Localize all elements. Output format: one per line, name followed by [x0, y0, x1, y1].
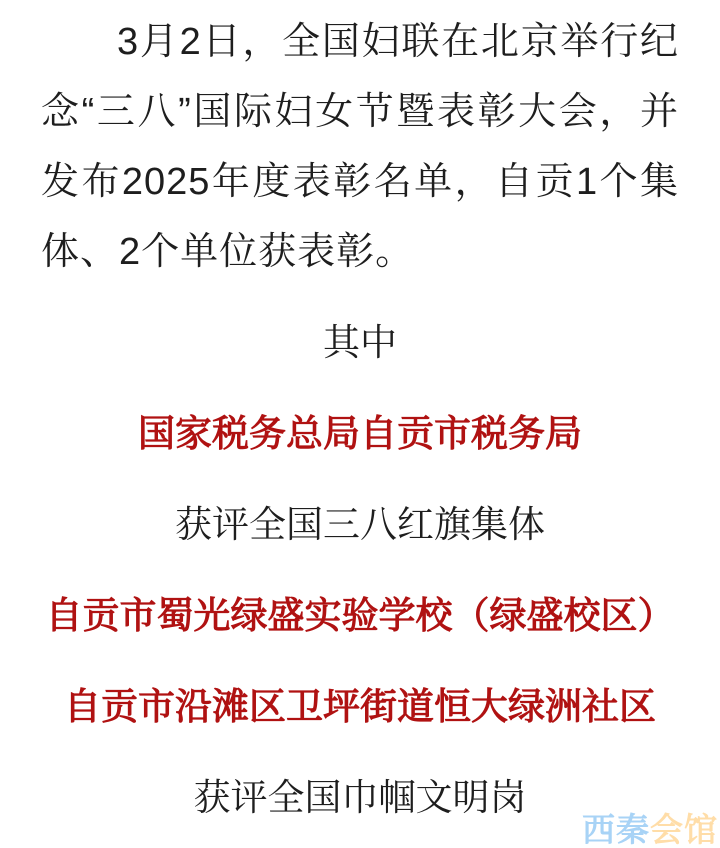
line-award-school: 自贡市蜀光绿盛实验学校（绿盛校区）	[41, 581, 679, 651]
watermark: 西秦会馆	[582, 812, 718, 848]
line-award-community: 自贡市沿滩区卫坪街道恒大绿洲社区	[41, 672, 679, 742]
line-award-title-red-flag-collective: 获评全国三八红旗集体	[41, 490, 679, 560]
watermark-text-part2: 会馆	[650, 811, 718, 848]
intro-paragraph: 3月2日，全国妇联在北京举行纪念“三八”国际妇女节暨表彰大会，并发布2025年度…	[41, 7, 679, 287]
line-qizhong: 其中	[41, 308, 679, 378]
watermark-text-part1: 西秦	[582, 811, 650, 848]
article-body: 3月2日，全国妇联在北京举行纪念“三八”国际妇女节暨表彰大会，并发布2025年度…	[41, 7, 679, 833]
line-award-tax-bureau: 国家税务总局自贡市税务局	[41, 399, 679, 469]
